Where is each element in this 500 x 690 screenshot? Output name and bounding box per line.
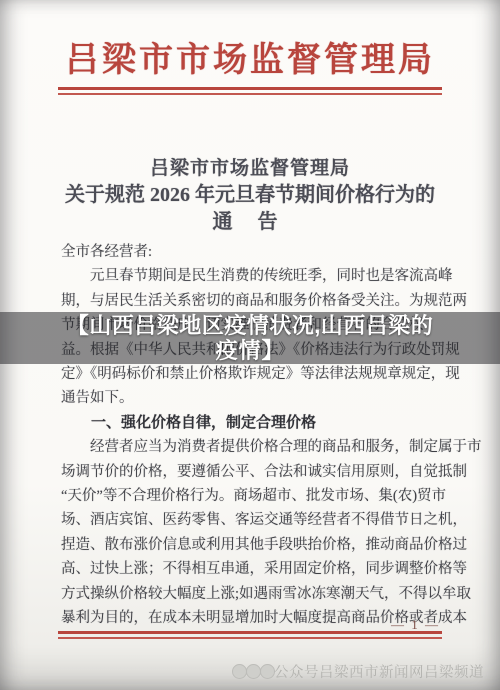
watermark: 公众号吕梁西市新闻网吕梁频道 — [232, 661, 484, 682]
para2-line: 方式操纵价格较大幅度上涨;如遇雨雪冰冻寒潮天气，不得以牟取 — [61, 582, 443, 606]
para1-line: 期，与居民生活关系密切的商品和服务价格备受关注。为规范两 — [61, 289, 443, 313]
notice-title-line2: 关于规范 2026 年元旦春节期间价格行为的 — [0, 182, 500, 209]
caption-overlay-banner: 【山西吕梁地区疫情状况,山西吕梁的 疫情】 — [0, 312, 500, 364]
caption-line1: 【山西吕梁地区疫情状况,山西吕梁的 — [67, 313, 434, 338]
para2-line: “天价”等不合理价格行为。商场超市、批发市场、集(农)贸市 — [61, 484, 443, 508]
para1-line: 通告如下。 — [61, 386, 443, 410]
notice-title-line3: 通 告 — [0, 209, 500, 236]
salutation: 全市各经营者: — [61, 240, 443, 264]
para2-line: 捏造、散布涨价信息或利用其他手段哄抬价格，推动商品价格过 — [61, 533, 443, 557]
watermark-text: 公众号吕梁西市新闻网吕梁频道 — [274, 661, 484, 682]
section1-heading: 一、强化价格自律，制定合理价格 — [61, 411, 443, 435]
para2-line: 场、酒店宾馆、医药零售、客运交通等经营者不得借节日之机， — [61, 508, 443, 532]
notice-title: 吕梁市市场监督管理局 关于规范 2026 年元旦春节期间价格行为的 通 告 — [0, 155, 500, 236]
para1-line: 定》《明码标价和禁止价格欺诈规定》等法律法规规章规定，现 — [61, 362, 443, 386]
footer-divider — [58, 631, 442, 639]
para2-line: 经营者应当为消费者提供价格合理的商品和服务，制定属于市 — [61, 435, 443, 459]
agency-masthead: 吕梁市市场监督管理局 — [0, 32, 500, 81]
masthead-divider — [58, 87, 442, 95]
para2-line: 场调节价的价格，要遵循公平、合法和诚实信用原则，自觉抵制 — [61, 460, 443, 484]
watermark-logo-icon — [246, 664, 261, 679]
document-photo: 吕梁市市场监督管理局 吕梁市市场监督管理局 关于规范 2026 年元旦春节期间价… — [0, 0, 500, 690]
para2-line: 暴利为目的，在成本未明显增加时大幅度提高商品价格或者成本 — [61, 606, 443, 630]
para1-line: 元旦春节期间是民生消费的传统旺季，同时也是客流高峰 — [61, 264, 443, 288]
notice-body: 全市各经营者: 元旦春节期间是民生消费的传统旺季，同时也是客流高峰 期，与居民生… — [61, 240, 443, 631]
para2-line: 高、过快上涨；不得相互串通，采用固定价格，同步调整价格等 — [61, 557, 443, 581]
caption-line2: 疫情】 — [215, 338, 284, 363]
watermark-logo-icon — [260, 664, 275, 679]
notice-title-line1: 吕梁市市场监督管理局 — [0, 155, 500, 182]
watermark-logo-icon — [232, 664, 247, 679]
